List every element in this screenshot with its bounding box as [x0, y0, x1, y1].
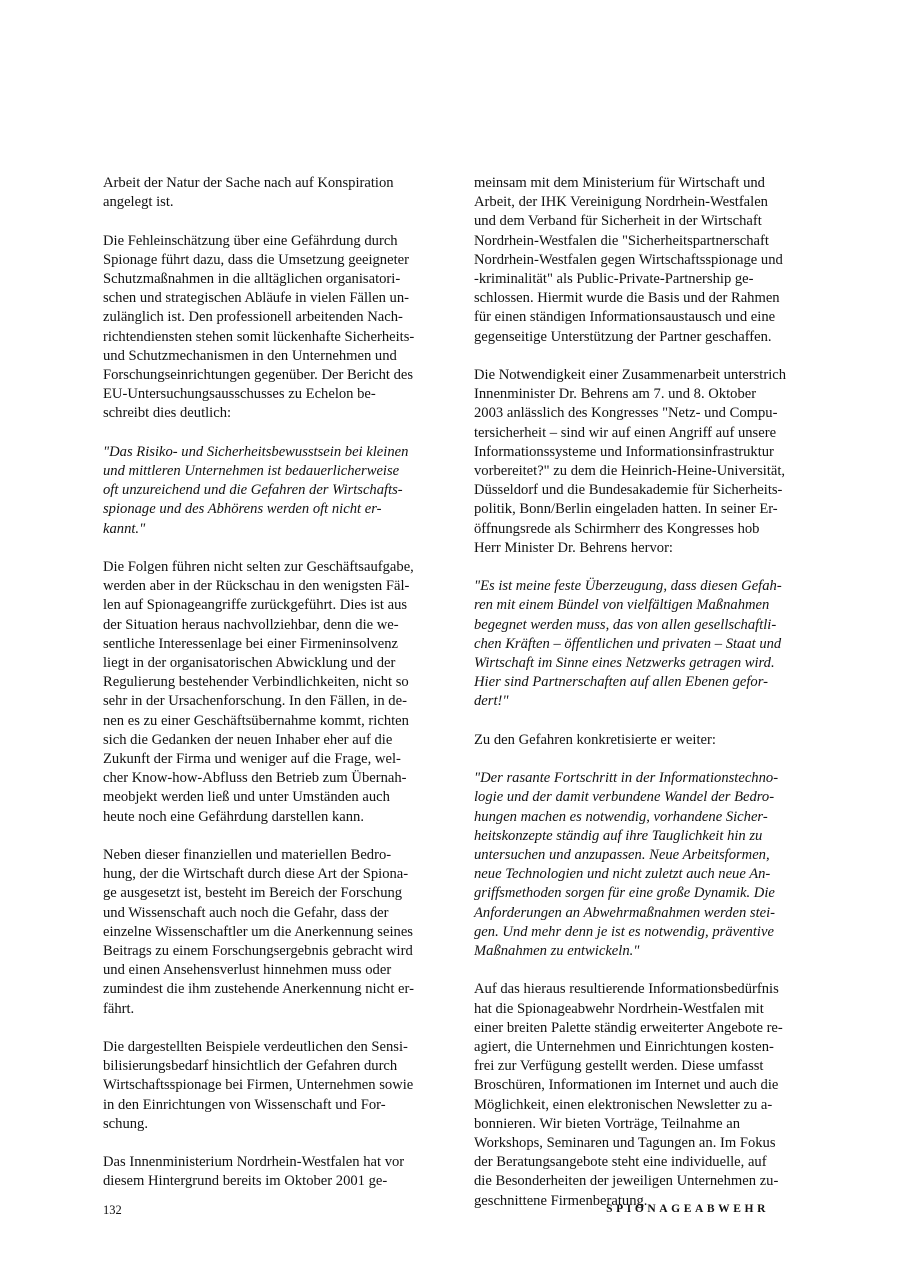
- text-line: Herr Minister Dr. Behrens hervor:: [474, 539, 804, 558]
- text-line: der Beratungsangebote steht eine individ…: [474, 1153, 804, 1172]
- text-line: heitskonzepte ständig auf ihre Tauglichk…: [474, 827, 804, 846]
- text-line: angelegt ist.: [103, 193, 433, 212]
- text-line: ren mit einem Bündel von vielfältigen Ma…: [474, 596, 804, 615]
- text-line: spionage und des Abhörens werden oft nic…: [103, 500, 433, 519]
- text-line: "Es ist meine feste Überzeugung, dass di…: [474, 577, 804, 596]
- text-line: gegenseitige Unterstützung der Partner g…: [474, 328, 804, 347]
- text-line: Das Innenministerium Nordrhein-Westfalen…: [103, 1153, 433, 1172]
- quote-paragraph: "Es ist meine feste Überzeugung, dass di…: [474, 577, 804, 711]
- text-line: gen. Und mehr denn je ist es notwendig, …: [474, 923, 804, 942]
- text-line: chen Kräften – öffentlichen und privaten…: [474, 635, 804, 654]
- text-line: schen und strategischen Abläufe in viele…: [103, 289, 433, 308]
- text-line: griffsmethoden sorgen für eine große Dyn…: [474, 884, 804, 903]
- text-line: Beitrags zu einem Forschungsergebnis geb…: [103, 942, 433, 961]
- text-line: 2003 anlässlich des Kongresses "Netz- un…: [474, 404, 804, 423]
- body-paragraph: Neben dieser finanziellen und materielle…: [103, 846, 433, 1019]
- text-line: schung.: [103, 1115, 433, 1134]
- text-line: Düsseldorf und die Bundesakademie für Si…: [474, 481, 804, 500]
- text-line: Die dargestellten Beispiele verdeutliche…: [103, 1038, 433, 1057]
- text-line: diesem Hintergrund bereits im Oktober 20…: [103, 1172, 433, 1191]
- text-line: Forschungseinrichtungen gegenüber. Der B…: [103, 366, 433, 385]
- body-paragraph: Zu den Gefahren konkretisierte er weiter…: [474, 731, 804, 750]
- text-line: für einen ständigen Informationsaustausc…: [474, 308, 804, 327]
- text-line: Zukunft der Firma und weniger auf die Fr…: [103, 750, 433, 769]
- text-line: sich die Gedanken der neuen Inhaber eher…: [103, 731, 433, 750]
- right-column: meinsam mit dem Ministerium für Wirtscha…: [474, 174, 804, 1230]
- body-paragraph: meinsam mit dem Ministerium für Wirtscha…: [474, 174, 804, 347]
- body-paragraph: Das Innenministerium Nordrhein-Westfalen…: [103, 1153, 433, 1191]
- text-line: schreibt dies deutlich:: [103, 404, 433, 423]
- text-line: tersicherheit – sind wir auf einen Angri…: [474, 424, 804, 443]
- quote-paragraph: "Das Risiko- und Sicherheitsbewusstsein …: [103, 443, 433, 539]
- text-line: schlossen. Hiermit wurde die Basis und d…: [474, 289, 804, 308]
- page-number: 132: [103, 1203, 122, 1218]
- text-line: EU-Untersuchungsausschusses zu Echelon b…: [103, 385, 433, 404]
- text-line: Hier sind Partnerschaften auf allen Eben…: [474, 673, 804, 692]
- text-line: meobjekt werden ließ und unter Umständen…: [103, 788, 433, 807]
- text-line: hung, der die Wirtschaft durch diese Art…: [103, 865, 433, 884]
- quote-paragraph: "Der rasante Fortschritt in der Informat…: [474, 769, 804, 961]
- text-line: Auf das hieraus resultierende Informatio…: [474, 980, 804, 999]
- text-line: und Schutzmechanismen in den Unternehmen…: [103, 347, 433, 366]
- body-paragraph: Arbeit der Natur der Sache nach auf Kons…: [103, 174, 433, 212]
- body-paragraph: Die Notwendigkeit einer Zusammenarbeit u…: [474, 366, 804, 558]
- running-title: SPIONAGEABWEHR: [606, 1203, 769, 1215]
- text-line: Nordrhein-Westfalen gegen Wirtschaftsspi…: [474, 251, 804, 270]
- text-line: cher Know-how-Abfluss den Betrieb zum Üb…: [103, 769, 433, 788]
- text-line: Nordrhein-Westfalen die "Sicherheitspart…: [474, 232, 804, 251]
- text-line: Arbeit, der IHK Vereinigung Nordrhein-We…: [474, 193, 804, 212]
- text-line: frei zur Verfügung gestellt werden. Dies…: [474, 1057, 804, 1076]
- text-line: Spionage führt dazu, dass die Umsetzung …: [103, 251, 433, 270]
- text-line: die Besonderheiten der jeweiligen Untern…: [474, 1172, 804, 1191]
- body-paragraph: Die Folgen führen nicht selten zur Gesch…: [103, 558, 433, 827]
- page-footer: 132 SPIONAGEABWEHR: [103, 1203, 769, 1223]
- text-line: Die Folgen führen nicht selten zur Gesch…: [103, 558, 433, 577]
- text-line: bonnieren. Wir bieten Vorträge, Teilnahm…: [474, 1115, 804, 1134]
- text-line: Zu den Gefahren konkretisierte er weiter…: [474, 731, 804, 750]
- text-line: Arbeit der Natur der Sache nach auf Kons…: [103, 174, 433, 193]
- text-line: Die Notwendigkeit einer Zusammenarbeit u…: [474, 366, 804, 385]
- text-line: Möglichkeit, einen elektronischen Newsle…: [474, 1096, 804, 1115]
- text-line: hungen machen es notwendig, vorhandene S…: [474, 808, 804, 827]
- text-line: Wirtschaftsspionage bei Firmen, Unterneh…: [103, 1076, 433, 1095]
- text-line: zulänglich ist. Den professionell arbeit…: [103, 308, 433, 327]
- left-column: Arbeit der Natur der Sache nach auf Kons…: [103, 174, 433, 1211]
- text-line: Maßnahmen zu entwickeln.": [474, 942, 804, 961]
- text-line: untersuchen und anzupassen. Neue Arbeits…: [474, 846, 804, 865]
- body-paragraph: Die dargestellten Beispiele verdeutliche…: [103, 1038, 433, 1134]
- text-line: logie und der damit verbundene Wandel de…: [474, 788, 804, 807]
- text-line: öffnungsrede als Schirmherr des Kongress…: [474, 520, 804, 539]
- text-line: und dem Verband für Sicherheit in der Wi…: [474, 212, 804, 231]
- text-line: werden aber in der Rückschau in den weni…: [103, 577, 433, 596]
- text-line: Informationssysteme und Informationsinfr…: [474, 443, 804, 462]
- text-line: neue Technologien und nicht zuletzt auch…: [474, 865, 804, 884]
- text-line: zumindest die ihm zustehende Anerkennung…: [103, 980, 433, 999]
- text-line: ge ausgesetzt ist, besteht im Bereich de…: [103, 884, 433, 903]
- text-line: in den Einrichtungen von Wissenschaft un…: [103, 1096, 433, 1115]
- text-line: und einen Ansehensverlust hinnehmen muss…: [103, 961, 433, 980]
- text-line: heute noch eine Gefährdung darstellen ka…: [103, 808, 433, 827]
- text-line: -kriminalität" als Public-Private-Partne…: [474, 270, 804, 289]
- body-paragraph: Auf das hieraus resultierende Informatio…: [474, 980, 804, 1210]
- text-line: "Das Risiko- und Sicherheitsbewusstsein …: [103, 443, 433, 462]
- body-paragraph: Die Fehleinschätzung über eine Gefährdun…: [103, 232, 433, 424]
- text-line: kannt.": [103, 520, 433, 539]
- text-line: fährt.: [103, 1000, 433, 1019]
- text-line: Schutzmaßnahmen in die alltäglichen orga…: [103, 270, 433, 289]
- text-line: Anforderungen an Abwehrmaßnahmen werden …: [474, 904, 804, 923]
- text-line: agiert, die Unternehmen und Einrichtunge…: [474, 1038, 804, 1057]
- text-line: richtendiensten stehen somit lückenhafte…: [103, 328, 433, 347]
- text-line: liegt in der organisatorischen Abwicklun…: [103, 654, 433, 673]
- text-line: politik, Bonn/Berlin eingeladen hatten. …: [474, 500, 804, 519]
- text-line: einer breiten Palette ständig erweiterte…: [474, 1019, 804, 1038]
- text-line: sehr in der Ursachenforschung. In den Fä…: [103, 692, 433, 711]
- text-line: Innenminister Dr. Behrens am 7. und 8. O…: [474, 385, 804, 404]
- text-line: Wirtschaft im Sinne eines Netzwerks getr…: [474, 654, 804, 673]
- text-line: der Situation heraus nachvollziehbar, de…: [103, 616, 433, 635]
- text-line: "Der rasante Fortschritt in der Informat…: [474, 769, 804, 788]
- text-line: sentliche Interessenlage bei einer Firme…: [103, 635, 433, 654]
- text-line: meinsam mit dem Ministerium für Wirtscha…: [474, 174, 804, 193]
- text-line: len auf Spionageangriffe zurückgeführt. …: [103, 596, 433, 615]
- text-line: bilisierungsbedarf hinsichtlich der Gefa…: [103, 1057, 433, 1076]
- text-line: begegnet werden muss, das von allen gese…: [474, 616, 804, 635]
- text-line: Neben dieser finanziellen und materielle…: [103, 846, 433, 865]
- text-line: Workshops, Seminaren und Tagungen an. Im…: [474, 1134, 804, 1153]
- text-line: und Wissenschaft auch noch die Gefahr, d…: [103, 904, 433, 923]
- text-line: einzelne Wissenschaftler um die Anerkenn…: [103, 923, 433, 942]
- text-line: vorbereitet?" zu dem die Heinrich-Heine-…: [474, 462, 804, 481]
- text-line: dert!": [474, 692, 804, 711]
- text-line: und mittleren Unternehmen ist bedauerlic…: [103, 462, 433, 481]
- text-line: hat die Spionageabwehr Nordrhein-Westfal…: [474, 1000, 804, 1019]
- text-line: Regulierung bestehender Verbindlichkeite…: [103, 673, 433, 692]
- text-line: Broschüren, Informationen im Internet un…: [474, 1076, 804, 1095]
- text-line: Die Fehleinschätzung über eine Gefährdun…: [103, 232, 433, 251]
- text-line: oft unzureichend und die Gefahren der Wi…: [103, 481, 433, 500]
- text-line: nen es zu einer Geschäftsübernahme kommt…: [103, 712, 433, 731]
